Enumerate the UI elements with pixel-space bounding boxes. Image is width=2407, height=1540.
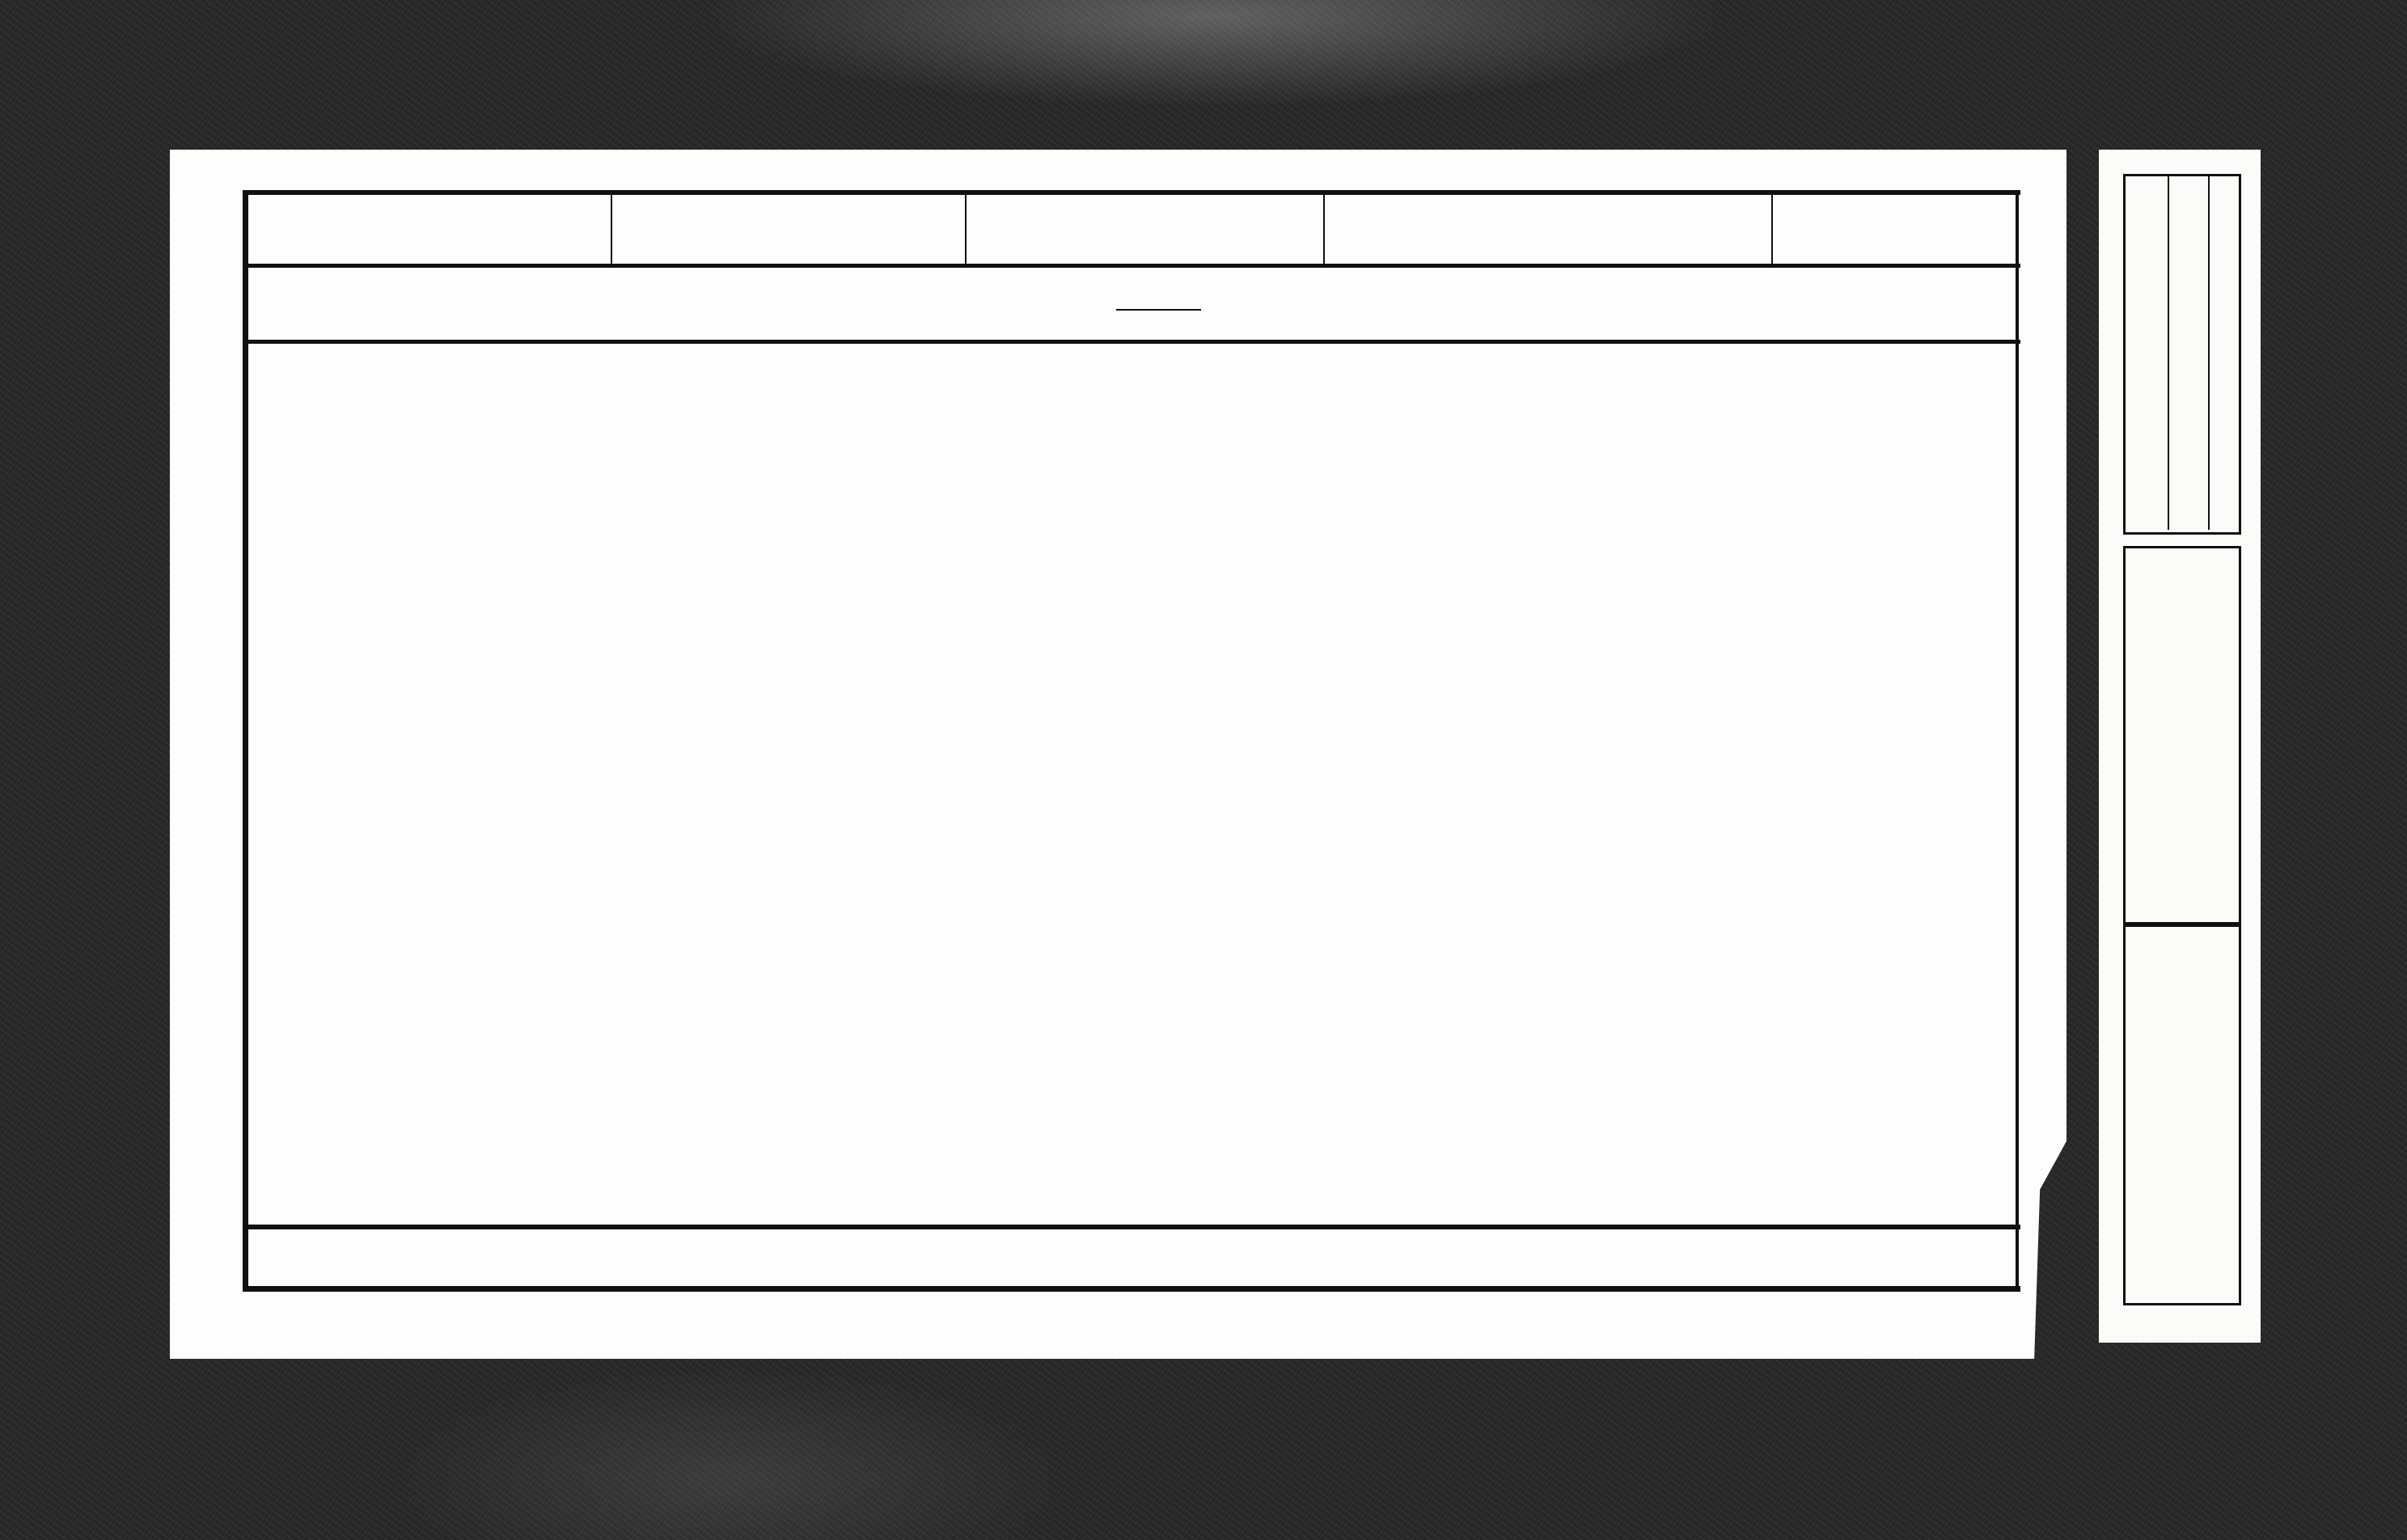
- col-blind-deaf: [1947, 273, 2016, 338]
- age-divider: [1116, 309, 1201, 311]
- ruler-divider-2: [2208, 174, 2210, 530]
- col-condition: [999, 273, 1107, 338]
- totals-divider: [243, 1225, 2020, 1229]
- right-border: [2016, 190, 2019, 1290]
- pro-title: [2210, 182, 2236, 522]
- header-divider-2: [965, 194, 967, 265]
- top-border: [243, 190, 2020, 195]
- header-divider-4: [1771, 194, 1773, 265]
- col-name: [535, 273, 844, 338]
- header-divider: [243, 264, 2020, 268]
- column-head-divider: [243, 340, 2020, 344]
- ruler-divider-1: [2168, 174, 2169, 530]
- copyright-notice: [2135, 930, 2228, 1294]
- col-place: [298, 273, 532, 338]
- header-divider-3: [1323, 194, 1325, 265]
- header-divider-1: [611, 194, 612, 265]
- col-occupation: [1209, 273, 1660, 338]
- left-border: [243, 190, 248, 1290]
- bottom-border: [243, 1286, 2020, 1292]
- col-schedule: [249, 273, 296, 338]
- col-where-born: [1664, 273, 1944, 338]
- reference-box: [2123, 546, 2241, 927]
- col-relation: [847, 273, 996, 338]
